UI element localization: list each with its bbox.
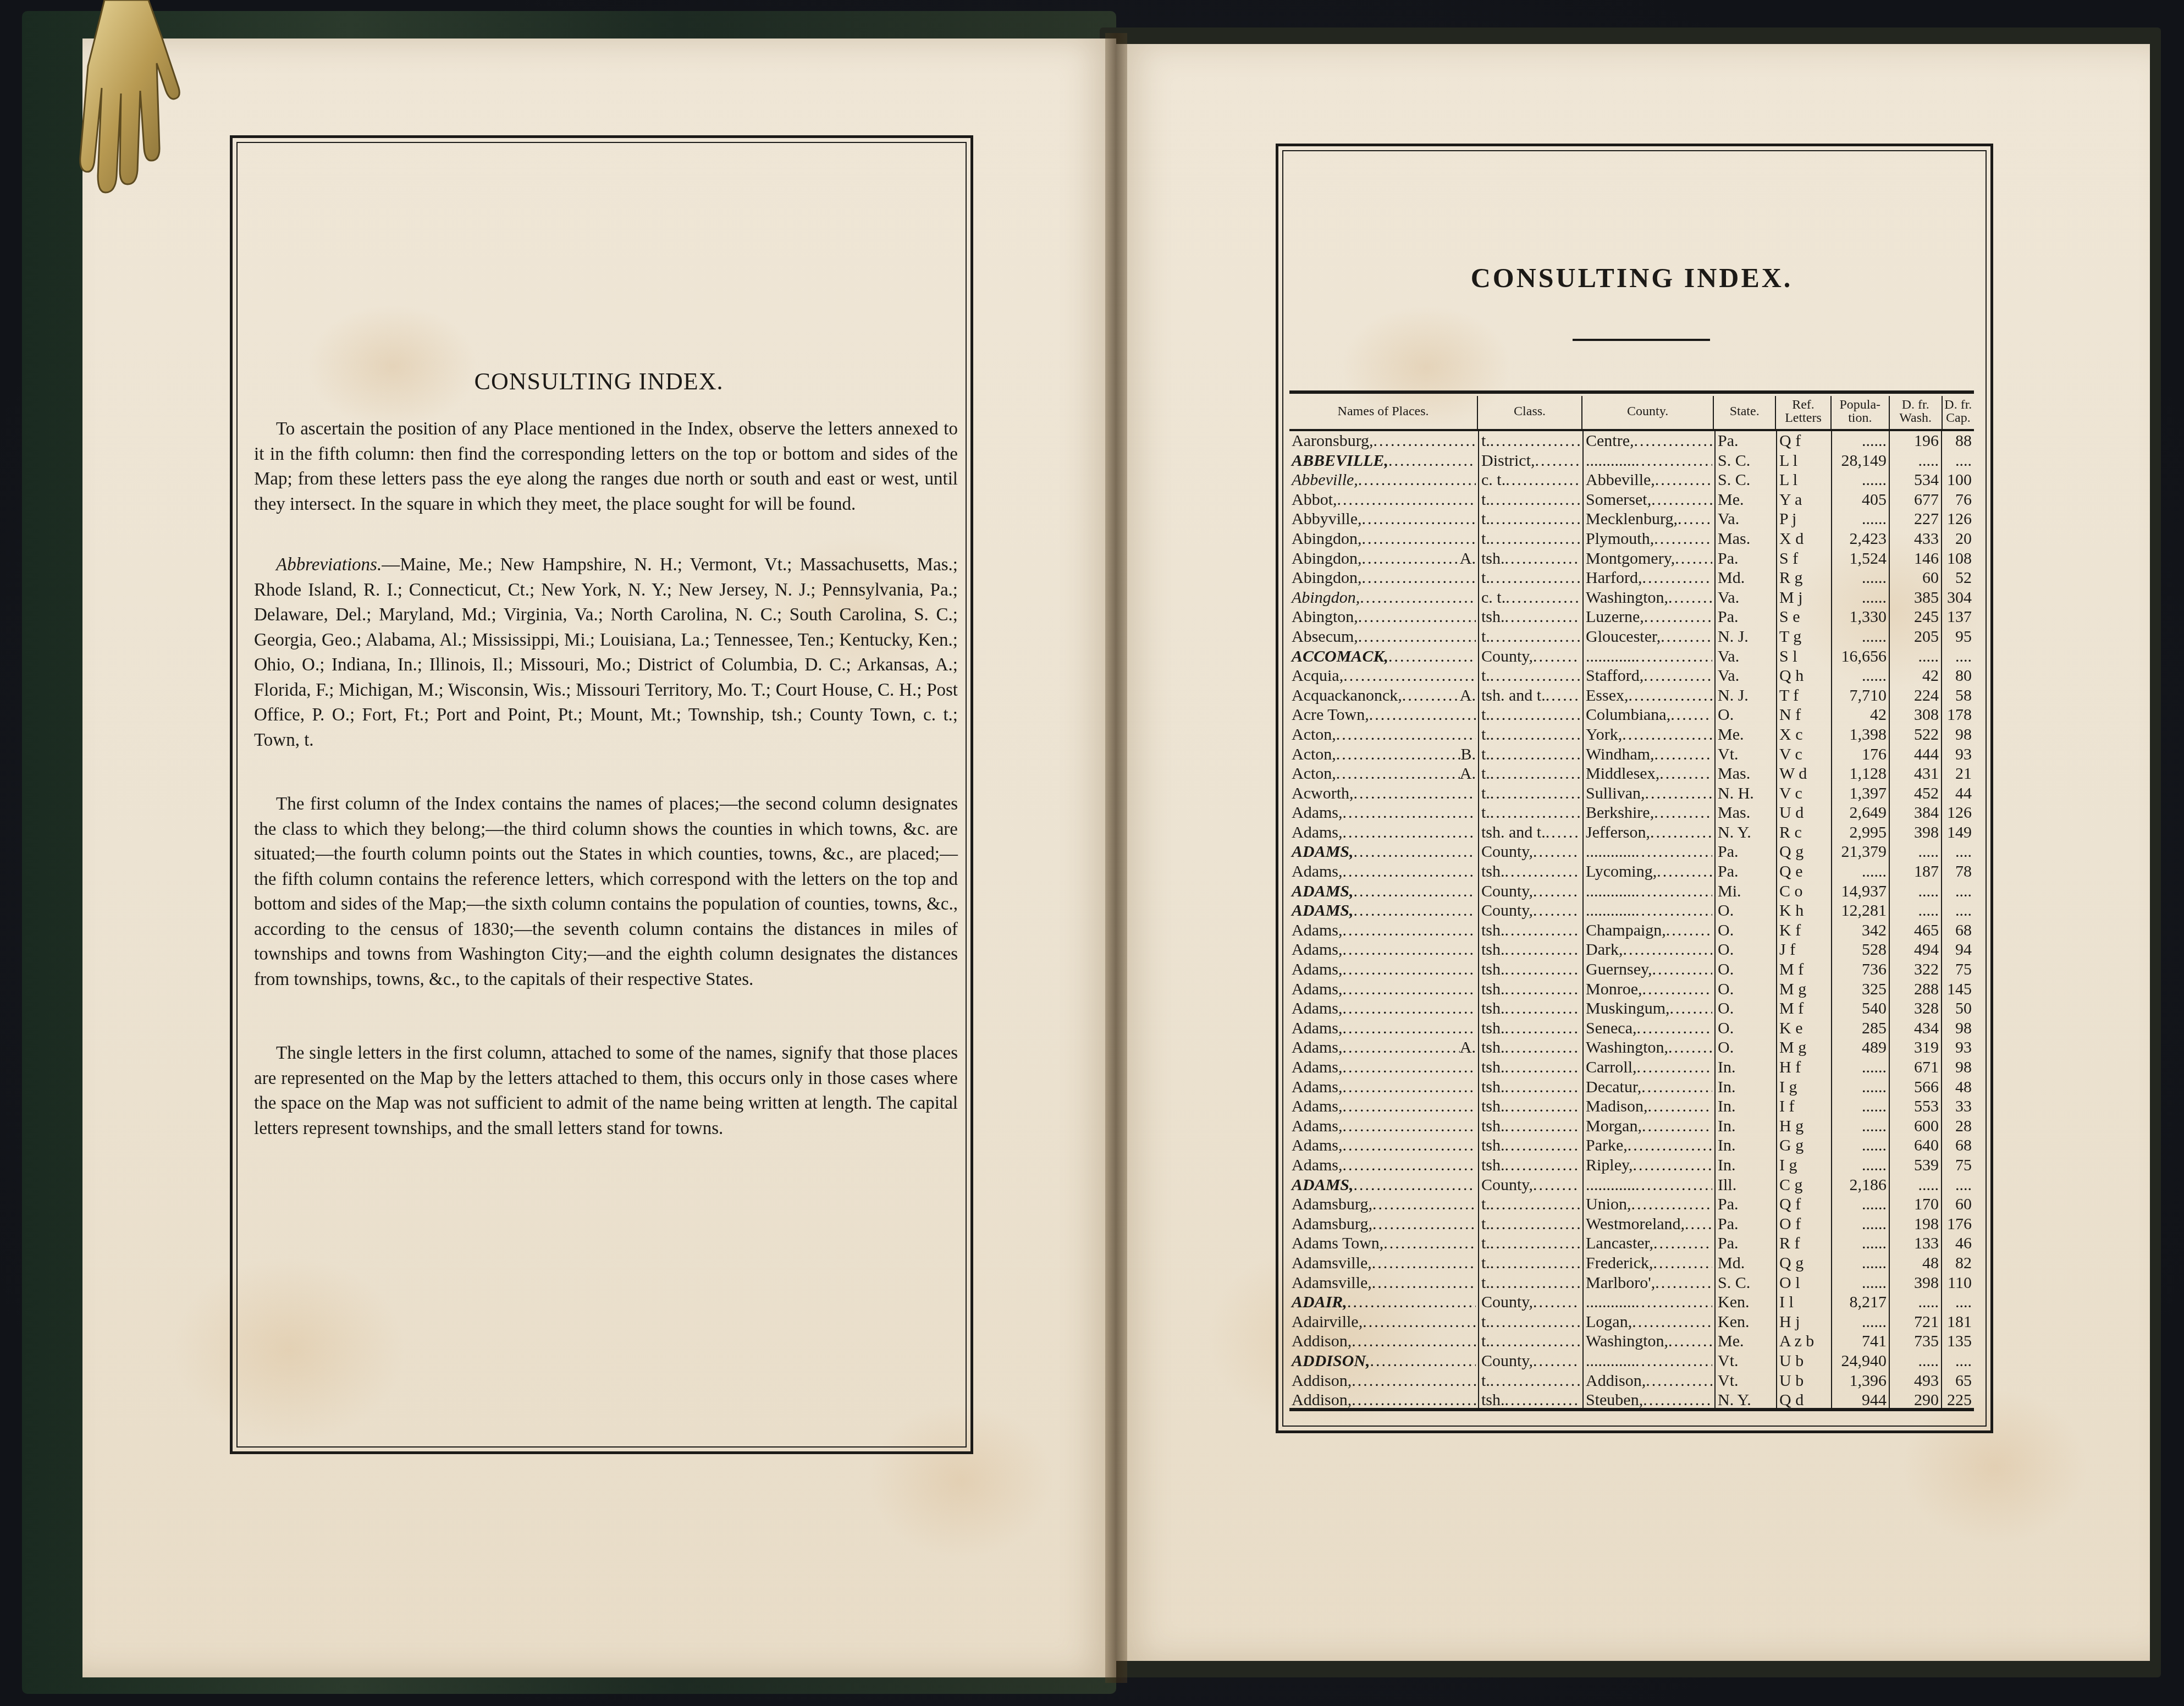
county-cell: Washington, [1584,1038,1716,1058]
place-name-cell: Acton,A. [1289,764,1479,784]
class-cell: County, [1479,842,1584,862]
dist-washington-cell: 465 [1890,921,1942,940]
county-value: Harford, [1586,568,1642,588]
place-name-cell: Adamsville, [1289,1273,1479,1293]
leader-dots [1369,705,1476,725]
population-cell: 1,524 [1832,549,1890,569]
county-cell: Essex, [1584,686,1716,706]
class-value: t. [1481,745,1490,764]
dist-capital-cell: 126 [1942,509,1974,529]
leader-dots [1362,509,1476,529]
dist-washington-cell: 198 [1890,1214,1942,1234]
dist-capital-cell: .... [1942,451,1974,471]
county-value: Washington, [1586,1038,1668,1058]
dist-washington-cell: 534 [1890,470,1942,490]
ref-letters-cell: H f [1777,1058,1832,1077]
class-cell: t. [1479,745,1584,764]
county-cell: Westmoreland, [1584,1214,1716,1234]
population-cell: ...... [1832,1136,1890,1155]
dist-washington-cell: 431 [1890,764,1942,784]
place-name-cell: Adams Town, [1289,1234,1479,1253]
class-value: tsh. [1481,862,1505,882]
leader-dots [1337,490,1476,510]
table-row: Aaronsburg, t. Centre, Pa. Q f ...... 19… [1289,431,1974,451]
dist-washington-cell: 288 [1890,979,1942,999]
ref-letters-cell: A z b [1777,1331,1832,1351]
map-letter: B. [1460,745,1476,764]
class-value: tsh. [1481,1155,1505,1175]
table-row: Adams Town, t. Lancaster, Pa. R f ......… [1289,1234,1974,1253]
title-rule [1573,339,1710,341]
ref-letters-cell: I g [1777,1155,1832,1175]
class-value: County, [1481,901,1533,921]
class-cell: t. [1479,725,1584,745]
leader-dots [1490,1234,1580,1253]
dist-washington-cell: 146 [1890,549,1942,569]
county-value: Carroll, [1586,1058,1636,1077]
population-cell: ...... [1832,1253,1890,1273]
leader-dots [1634,431,1712,451]
table-row: Adams, tsh. Muskingum, O. M f 540 328 50 [1289,999,1974,1019]
population-cell: 489 [1832,1038,1890,1058]
table-row: Adamsburg, t. Union, Pa. Q f ...... 170 … [1289,1195,1974,1214]
county-value: Steuben, [1586,1390,1643,1410]
class-value: t. [1481,1253,1490,1273]
dist-capital-cell: 181 [1942,1312,1974,1332]
county-cell: Columbiana, [1584,705,1716,725]
leader-dots [1505,1116,1580,1136]
header-dist-capital: D. fr. Cap. [1943,396,1974,429]
ref-letters-cell: Q g [1777,1253,1832,1273]
place-name-cell: Adamsville, [1289,1253,1479,1273]
state-cell: Pa. [1716,431,1777,451]
state-cell: Mas. [1716,803,1777,823]
place-name-cell: Adams, [1289,960,1479,979]
place-name: Adams, [1292,1136,1343,1155]
place-name: ADAMS, [1292,901,1354,921]
county-cell: Seneca, [1584,1019,1716,1038]
dist-capital-cell: 145 [1942,979,1974,999]
population-cell: 2,995 [1832,823,1890,843]
population-cell: 7,710 [1832,686,1890,706]
dist-washington-cell: ..... [1890,1351,1942,1371]
dist-capital-cell: 135 [1942,1331,1974,1351]
table-row: Abbot, t. Somerset, Me. Y a 405 677 76 [1289,490,1974,510]
place-name: Adams, [1292,862,1343,882]
leader-dots [1657,862,1712,882]
ref-letters-cell: Y a [1777,490,1832,510]
ref-letters-cell: N f [1777,705,1832,725]
dist-capital-cell: .... [1942,882,1974,901]
leader-dots [1372,1273,1476,1293]
place-name-cell: Addison, [1289,1371,1479,1391]
population-cell: 176 [1832,745,1890,764]
leader-dots [1490,1253,1580,1273]
ref-letters-cell: X d [1777,529,1832,549]
ref-letters-cell: C o [1777,882,1832,901]
county-value: Addison, [1586,1371,1646,1391]
ref-letters-cell: K e [1777,1019,1832,1038]
place-name: Adams, [1292,1116,1343,1136]
ref-letters-cell: M g [1777,1038,1832,1058]
dist-washington-cell: 187 [1890,862,1942,882]
state-cell: Pa. [1716,1234,1777,1253]
class-cell: County, [1479,647,1584,667]
place-name-cell: Addison, [1289,1390,1479,1410]
state-cell: Md. [1716,1253,1777,1273]
place-name-cell: ADAMS, [1289,842,1479,862]
ref-letters-cell: R c [1777,823,1832,843]
place-name: Abingdon, [1292,529,1362,549]
population-cell: 736 [1832,960,1890,979]
county-value: ............ [1586,901,1635,921]
state-cell: In. [1716,1155,1777,1175]
leader-dots [1490,529,1580,549]
place-name-cell: Adams, [1289,979,1479,999]
state-cell: O. [1716,1038,1777,1058]
dist-capital-cell: 20 [1942,529,1974,549]
ref-letters-cell: J f [1777,940,1832,960]
leader-dots [1383,1234,1476,1253]
place-name-cell: Addison, [1289,1331,1479,1351]
place-name: Adams, [1292,960,1343,979]
population-cell: 1,397 [1832,784,1890,804]
leader-dots [1635,901,1712,921]
leader-dots [1668,1331,1712,1351]
class-cell: tsh. [1479,1390,1584,1410]
county-value: Somerset, [1586,490,1651,510]
place-name-cell: Abbyville, [1289,509,1479,529]
class-value: c. t. [1481,588,1505,608]
leader-dots [1631,1195,1713,1214]
place-name: Absecum, [1292,627,1358,647]
ref-letters-cell: P j [1777,509,1832,529]
county-cell: ............ [1584,1292,1716,1312]
leader-dots [1358,470,1476,490]
state-cell: In. [1716,1136,1777,1155]
leader-dots [1490,1195,1580,1214]
county-cell: Middlesex, [1584,764,1716,784]
population-cell: 24,940 [1832,1351,1890,1371]
place-name-cell: Adams, [1289,1058,1479,1077]
leader-dots [1490,509,1580,529]
county-value: ............ [1586,1351,1635,1371]
place-name: Abbeville, [1292,470,1358,490]
county-cell: ............ [1584,1351,1716,1371]
population-cell: 741 [1832,1331,1890,1351]
county-value: Luzerne, [1586,607,1644,627]
ref-letters-cell: O f [1777,1214,1832,1234]
county-value: Sullivan, [1586,784,1645,804]
state-cell: Va. [1716,666,1777,686]
leader-dots [1533,882,1580,901]
leader-dots [1354,842,1476,862]
county-cell: Berkshire, [1584,803,1716,823]
leader-dots [1685,1214,1712,1234]
place-name-cell: Adams, [1289,803,1479,823]
ref-letters-cell: L l [1777,470,1832,490]
table-row: Adams, tsh. Madison, In. I f ...... 553 … [1289,1097,1974,1116]
leader-dots [1354,1175,1476,1195]
population-cell: 2,186 [1832,1175,1890,1195]
table-row: Addison, tsh. Steuben, N. Y. Q d 944 290… [1289,1390,1974,1410]
leader-dots [1636,1019,1712,1038]
leader-dots [1490,1214,1580,1234]
leader-dots [1490,431,1580,451]
table-row: Acworth, t. Sullivan, N. H. V c 1,397 45… [1289,784,1974,804]
place-name-cell: Adams, [1289,999,1479,1019]
leader-dots [1490,803,1580,823]
state-cell: Pa. [1716,842,1777,862]
dist-capital-cell: 98 [1942,1019,1974,1038]
county-value: Seneca, [1586,1019,1636,1038]
county-value: Middlesex, [1586,764,1659,784]
leader-dots [1360,588,1476,608]
state-cell: N. J. [1716,686,1777,706]
leader-dots [1505,607,1580,627]
ref-letters-cell: W d [1777,764,1832,784]
class-value: tsh. [1481,1097,1505,1116]
state-cell: In. [1716,1097,1777,1116]
county-cell: Morgan, [1584,1116,1716,1136]
state-cell: Ken. [1716,1292,1777,1312]
place-name-cell: Absecum, [1289,627,1479,647]
class-value: t. [1481,666,1490,686]
place-name-cell: Adams, [1289,1136,1479,1155]
leader-dots [1678,509,1712,529]
book-gutter [1105,33,1127,1683]
place-name-cell: ADAIR, [1289,1292,1479,1312]
dist-washington-cell: 721 [1890,1312,1942,1332]
place-name: Acton, [1292,764,1336,784]
county-cell: Parke, [1584,1136,1716,1155]
ref-letters-cell: Q f [1777,1195,1832,1214]
place-name-cell: Abingdon,A. [1289,549,1479,569]
table-row: Adamsburg, t. Westmoreland, Pa. O f ....… [1289,1214,1974,1234]
ref-letters-cell: I f [1777,1097,1832,1116]
county-cell: Somerset, [1584,490,1716,510]
population-cell: 8,217 [1832,1292,1890,1312]
population-cell: 16,656 [1832,647,1890,667]
leader-dots [1622,725,1712,745]
dist-capital-cell: 110 [1942,1273,1974,1293]
dist-capital-cell: 82 [1942,1253,1974,1273]
class-cell: tsh. [1479,1116,1584,1136]
county-value: Berkshire, [1586,803,1654,823]
state-cell: Me. [1716,490,1777,510]
ref-letters-cell: M f [1777,999,1832,1019]
place-name-cell: Adams,A. [1289,1038,1479,1058]
table-row: Abbyville, t. Mecklenburg, Va. P j .....… [1289,509,1974,529]
county-cell: Mecklenburg, [1584,509,1716,529]
leader-dots [1635,1351,1712,1371]
state-cell: Md. [1716,568,1777,588]
leader-dots [1651,490,1712,510]
class-cell: t. [1479,1195,1584,1214]
dist-washington-cell: 290 [1890,1390,1942,1410]
class-value: t. [1481,1312,1490,1332]
dist-washington-cell: 196 [1890,431,1942,451]
leader-dots [1533,1292,1580,1312]
leader-dots [1490,666,1580,686]
state-cell: Vt. [1716,745,1777,764]
leader-dots [1668,1038,1712,1058]
place-name-cell: Abingdon, [1289,588,1479,608]
population-cell: 28,149 [1832,451,1890,471]
county-value: ............ [1586,451,1635,471]
leader-dots [1343,999,1476,1019]
class-value: tsh. and t. [1481,823,1546,843]
class-value: t. [1481,1214,1490,1234]
county-value: Morgan, [1586,1116,1642,1136]
dist-capital-cell: 48 [1942,1077,1974,1097]
place-name: Adams, [1292,1077,1343,1097]
leader-dots [1642,1116,1712,1136]
leader-dots [1343,1058,1476,1077]
population-cell: ...... [1832,1155,1890,1175]
class-cell: tsh. [1479,1136,1584,1155]
leader-dots [1505,1038,1580,1058]
leader-dots [1644,607,1712,627]
dist-washington-cell: 170 [1890,1195,1942,1214]
leader-dots [1505,1136,1580,1155]
county-value: Decatur, [1586,1077,1641,1097]
population-cell: ...... [1832,588,1890,608]
class-cell: tsh. and t. [1479,686,1584,706]
class-cell: t. [1479,490,1584,510]
county-cell: Washington, [1584,1331,1716,1351]
leader-dots [1642,568,1712,588]
place-name: Adamsville, [1292,1253,1372,1273]
state-cell: Vt. [1716,1351,1777,1371]
leader-dots [1533,901,1580,921]
place-name-cell: Adams, [1289,1019,1479,1038]
class-value: t. [1481,764,1490,784]
population-cell: ...... [1832,666,1890,686]
class-value: t. [1481,529,1490,549]
place-name: Adams, [1292,1155,1343,1175]
right-page-title: CONSULTING INDEX. [1276,262,1988,294]
state-cell: N. Y. [1716,1390,1777,1410]
county-value: ............ [1586,647,1635,667]
ref-letters-cell: U b [1777,1371,1832,1391]
dist-capital-cell: 28 [1942,1116,1974,1136]
class-cell: County, [1479,1351,1584,1371]
ref-letters-cell: Q g [1777,842,1832,862]
ref-letters-cell: M g [1777,979,1832,999]
class-value: tsh. [1481,1038,1505,1058]
class-cell: tsh. [1479,960,1584,979]
dist-capital-cell: 88 [1942,431,1974,451]
leader-dots [1370,1351,1476,1371]
table-row: Acquia, t. Stafford, Va. Q h ...... 42 8… [1289,666,1974,686]
leader-dots [1343,803,1476,823]
place-name-cell: Acton,B. [1289,745,1479,764]
county-cell: Marlboro', [1584,1273,1716,1293]
leader-dots [1490,764,1580,784]
population-cell: 540 [1832,999,1890,1019]
class-value: t. [1481,1273,1490,1293]
place-name: Adams, [1292,999,1343,1019]
table-row: Abington, tsh. Luzerne, Pa. S e 1,330 24… [1289,607,1974,627]
dist-washington-cell: ..... [1890,451,1942,471]
class-cell: t. [1479,529,1584,549]
table-row: Adams, tsh. Lycoming, Pa. Q e ...... 187… [1289,862,1974,882]
leader-dots [1505,1097,1580,1116]
place-name: Abbot, [1292,490,1337,510]
leader-dots [1643,666,1712,686]
place-name: Adams, [1292,823,1343,843]
county-cell: ............ [1584,647,1716,667]
ref-letters-cell: G g [1777,1136,1832,1155]
leader-dots [1354,901,1476,921]
ref-letters-cell: R g [1777,568,1832,588]
class-value: c. t. [1481,470,1505,490]
state-cell: Va. [1716,647,1777,667]
header-county: County. [1582,396,1714,429]
table-bottom-rule [1289,1408,1974,1411]
population-cell: 405 [1832,490,1890,510]
dist-washington-cell: 493 [1890,1371,1942,1391]
dist-capital-cell: 52 [1942,568,1974,588]
population-cell: 528 [1832,940,1890,960]
county-cell: Guernsey, [1584,960,1716,979]
leader-dots [1546,686,1580,706]
state-cell: N. H. [1716,784,1777,804]
place-name: Abingdon, [1292,568,1362,588]
class-cell: County, [1479,1292,1584,1312]
class-cell: tsh. [1479,999,1584,1019]
leader-dots [1343,823,1476,843]
ref-letters-cell: O l [1777,1273,1832,1293]
state-cell: N. J. [1716,627,1777,647]
ref-letters-cell: U b [1777,1351,1832,1371]
dist-capital-cell: 98 [1942,1058,1974,1077]
class-cell: t. [1479,1234,1584,1253]
class-value: County, [1481,882,1533,901]
county-cell: Plymouth, [1584,529,1716,549]
class-cell: tsh. [1479,862,1584,882]
dist-washington-cell: 640 [1890,1136,1942,1155]
county-cell: Ripley, [1584,1155,1716,1175]
class-cell: t. [1479,784,1584,804]
table-row: ADAMS, County, ............ Ill. C g 2,1… [1289,1175,1974,1195]
leader-dots [1535,451,1581,471]
class-value: County, [1481,842,1533,862]
leader-dots [1372,1195,1476,1214]
leader-dots [1654,803,1712,823]
dist-capital-cell: 75 [1942,960,1974,979]
county-value: Gloucester, [1586,627,1661,647]
state-cell: Pa. [1716,1214,1777,1234]
place-name: Adams, [1292,921,1343,940]
ref-letters-cell: S e [1777,607,1832,627]
place-name: Addison, [1292,1390,1352,1410]
county-cell: Windham, [1584,745,1716,764]
county-value: Logan, [1586,1312,1632,1332]
population-cell: 2,423 [1832,529,1890,549]
dist-washington-cell: 319 [1890,1038,1942,1058]
state-cell: In. [1716,1077,1777,1097]
county-cell: Montgomery, [1584,549,1716,569]
place-name-cell: ADDISON, [1289,1351,1479,1371]
leader-dots [1490,490,1580,510]
ref-letters-cell: R f [1777,1234,1832,1253]
table-row: Abingdon, c. t. Washington, Va. M j ....… [1289,588,1974,608]
class-value: t. [1481,705,1490,725]
class-cell: tsh. [1479,549,1584,569]
table-row: ADAMS, County, ............ Pa. Q g 21,3… [1289,842,1974,862]
